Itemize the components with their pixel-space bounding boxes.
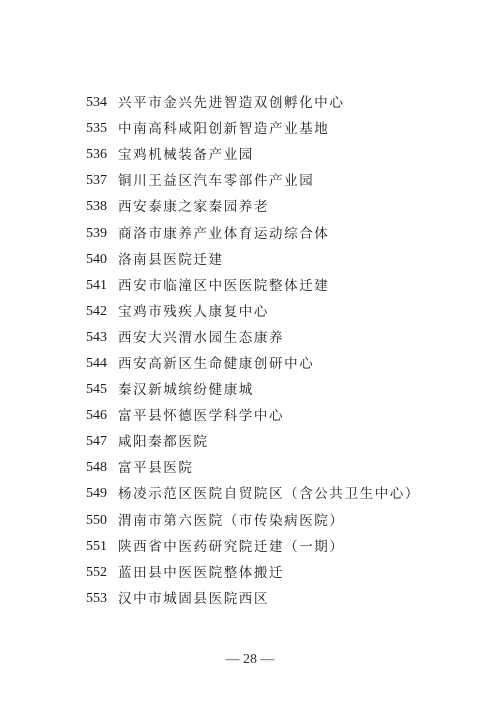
item-name: 宝鸡机械装备产业园 — [118, 142, 254, 168]
item-number: 538 — [86, 194, 118, 220]
list-item: 541西安市临潼区中医医院整体迁建 — [86, 273, 420, 299]
item-name: 富平县医院 — [118, 455, 194, 481]
item-number: 543 — [86, 325, 118, 351]
item-name: 蓝田县中医医院整体搬迁 — [118, 560, 284, 586]
list-item: 535中南高科咸阳创新智造产业基地 — [86, 116, 420, 142]
item-name: 中南高科咸阳创新智造产业基地 — [118, 116, 329, 142]
item-number: 550 — [86, 508, 118, 534]
item-name: 铜川王益区汽车零部件产业园 — [118, 168, 314, 194]
item-number: 548 — [86, 455, 118, 481]
item-number: 536 — [86, 142, 118, 168]
list-item: 547咸阳秦都医院 — [86, 429, 420, 455]
item-number: 546 — [86, 403, 118, 429]
list-item: 549杨凌示范区医院自贸院区（含公共卫生中心） — [86, 481, 420, 507]
item-number: 535 — [86, 116, 118, 142]
project-list: 534兴平市金兴先进智造双创孵化中心 535中南高科咸阳创新智造产业基地 536… — [86, 90, 420, 612]
item-name: 富平县怀德医学科学中心 — [118, 403, 284, 429]
list-item: 537铜川王益区汽车零部件产业园 — [86, 168, 420, 194]
item-name: 杨凌示范区医院自贸院区（含公共卫生中心） — [118, 481, 420, 507]
list-item: 542宝鸡市残疾人康复中心 — [86, 299, 420, 325]
item-name: 渭南市第六医院（市传染病医院） — [118, 508, 345, 534]
item-number: 552 — [86, 560, 118, 586]
list-item: 550渭南市第六医院（市传染病医院） — [86, 508, 420, 534]
page-number: — 28 — — [0, 652, 500, 668]
item-name: 西安高新区生命健康创研中心 — [118, 351, 314, 377]
item-number: 551 — [86, 534, 118, 560]
item-name: 西安泰康之家秦园养老 — [118, 194, 269, 220]
item-name: 宝鸡市残疾人康复中心 — [118, 299, 269, 325]
list-item: 539商洛市康养产业体育运动综合体 — [86, 220, 420, 246]
list-item: 552蓝田县中医医院整体搬迁 — [86, 560, 420, 586]
item-number: 540 — [86, 247, 118, 273]
item-name: 兴平市金兴先进智造双创孵化中心 — [118, 90, 345, 116]
item-name: 商洛市康养产业体育运动综合体 — [118, 221, 329, 247]
list-item: 536宝鸡机械装备产业园 — [86, 142, 420, 168]
list-item: 538西安泰康之家秦园养老 — [86, 194, 420, 220]
item-name: 西安大兴渭水园生态康养 — [118, 325, 284, 351]
item-name: 秦汉新城缤纷健康城 — [118, 377, 254, 403]
list-item: 546富平县怀德医学科学中心 — [86, 403, 420, 429]
item-number: 541 — [86, 273, 118, 299]
item-number: 549 — [86, 481, 118, 507]
list-item: 551陕西省中医药研究院迁建（一期） — [86, 534, 420, 560]
item-number: 542 — [86, 299, 118, 325]
list-item: 548富平县医院 — [86, 455, 420, 481]
item-name: 西安市临潼区中医医院整体迁建 — [118, 273, 329, 299]
item-name: 咸阳秦都医院 — [118, 429, 209, 455]
list-item: 545秦汉新城缤纷健康城 — [86, 377, 420, 403]
item-number: 537 — [86, 168, 118, 194]
item-name: 洛南县医院迁建 — [118, 247, 224, 273]
list-item: 534兴平市金兴先进智造双创孵化中心 — [86, 90, 420, 116]
item-number: 547 — [86, 429, 118, 455]
item-name: 陕西省中医药研究院迁建（一期） — [118, 534, 345, 560]
item-name: 汉中市城固县医院西区 — [118, 586, 269, 612]
item-number: 553 — [86, 586, 118, 612]
item-number: 545 — [86, 377, 118, 403]
item-number: 539 — [86, 221, 118, 247]
list-item: 544西安高新区生命健康创研中心 — [86, 351, 420, 377]
list-item: 543西安大兴渭水园生态康养 — [86, 325, 420, 351]
list-item: 540洛南县医院迁建 — [86, 247, 420, 273]
item-number: 544 — [86, 351, 118, 377]
item-number: 534 — [86, 90, 118, 116]
list-item: 553汉中市城固县医院西区 — [86, 586, 420, 612]
